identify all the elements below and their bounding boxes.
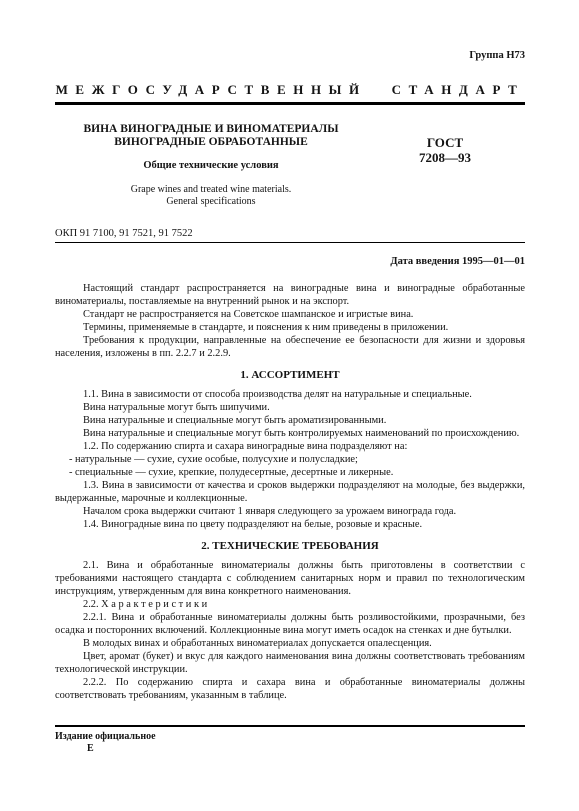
standard-type-header: МЕЖГОСУДАРСТВЕННЫЙ СТАНДАРТ — [55, 82, 525, 98]
section-2-paragraph: 2.1. Вина и обработанные виноматериалы д… — [55, 559, 525, 598]
section-1-list-item: - натуральные — сухие, сухие особые, пол… — [55, 453, 525, 466]
document-title-en: Grape wines and treated wine materials. … — [55, 184, 367, 207]
section-1-list-item: - специальные — сухие, крепкие, полудесе… — [55, 466, 525, 479]
standard-code-prefix: ГОСТ — [385, 135, 505, 150]
title-en-line2: General specifications — [55, 196, 367, 208]
effective-date: Дата введения 1995—01—01 — [55, 256, 525, 267]
standard-code: ГОСТ 7208—93 — [385, 135, 505, 165]
section-1-paragraph: 1.1. Вина в зависимости от способа произ… — [55, 388, 525, 401]
section-2-paragraph: 2.2.2. По содержанию спирта и сахара вин… — [55, 676, 525, 702]
section-1-paragraph: Вина натуральные могут быть шипучими. — [55, 401, 525, 414]
document-subtitle: Общие технические условия — [55, 160, 367, 171]
okp-rule — [55, 242, 525, 243]
section-2-paragraph: 2.2. Х а р а к т е р и с т и к и — [55, 598, 525, 611]
official-edition-label: Издание официальное — [55, 731, 525, 742]
intro-paragraph: Настоящий стандарт распространяется на в… — [55, 282, 525, 308]
document-body: Настоящий стандарт распространяется на в… — [55, 282, 525, 702]
section-1-heading: 1. АССОРТИМЕНТ — [55, 369, 525, 381]
intro-paragraph: Термины, применяемые в стандарте, и пояс… — [55, 321, 525, 334]
document-title-ru: ВИНА ВИНОГРАДНЫЕ И ВИНОМАТЕРИАЛЫ ВИНОГРА… — [55, 123, 367, 149]
section-2-paragraph: Цвет, аромат (букет) и вкус для каждого … — [55, 650, 525, 676]
page-footer: Издание официальное Е — [55, 725, 525, 754]
group-label: Группа Н73 — [55, 50, 525, 61]
okp-codes: ОКП 91 7100, 91 7521, 91 7522 — [55, 228, 525, 239]
title-block: ВИНА ВИНОГРАДНЫЕ И ВИНОМАТЕРИАЛЫ ВИНОГРА… — [55, 105, 525, 223]
section-1-paragraph: Вина натуральные и специальные могут быт… — [55, 414, 525, 427]
title-ru-line1: ВИНА ВИНОГРАДНЫЕ И ВИНОМАТЕРИАЛЫ — [55, 123, 367, 136]
section-1-paragraph: 1.3. Вина в зависимости от качества и ср… — [55, 479, 525, 505]
title-column: ВИНА ВИНОГРАДНЫЕ И ВИНОМАТЕРИАЛЫ ВИНОГРА… — [55, 123, 367, 207]
intro-paragraph: Требования к продукции, направленные на … — [55, 334, 525, 360]
edition-mark: Е — [87, 743, 525, 754]
section-1-paragraph: Вина натуральные и специальные могут быт… — [55, 427, 525, 440]
intro-paragraph: Стандарт не распространяется на Советско… — [55, 308, 525, 321]
section-1-paragraph: Началом срока выдержки считают 1 января … — [55, 505, 525, 518]
document-page: Группа Н73 МЕЖГОСУДАРСТВЕННЫЙ СТАНДАРТ В… — [0, 0, 579, 811]
title-ru-line2: ВИНОГРАДНЫЕ ОБРАБОТАННЫЕ — [55, 136, 367, 149]
section-2-paragraph: В молодых винах и обработанных виноматер… — [55, 637, 525, 650]
footer-rule — [55, 725, 525, 727]
section-2-heading: 2. ТЕХНИЧЕСКИЕ ТРЕБОВАНИЯ — [55, 540, 525, 552]
title-en-line1: Grape wines and treated wine materials. — [55, 184, 367, 196]
standard-code-number: 7208—93 — [385, 150, 505, 165]
section-2-paragraph: 2.2.1. Вина и обработанные виноматериалы… — [55, 611, 525, 637]
section-1-paragraph: 1.2. По содержанию спирта и сахара виног… — [55, 440, 525, 453]
page-content: Группа Н73 МЕЖГОСУДАРСТВЕННЫЙ СТАНДАРТ В… — [55, 0, 525, 754]
section-1-paragraph: 1.4. Виноградные вина по цвету подраздел… — [55, 518, 525, 531]
